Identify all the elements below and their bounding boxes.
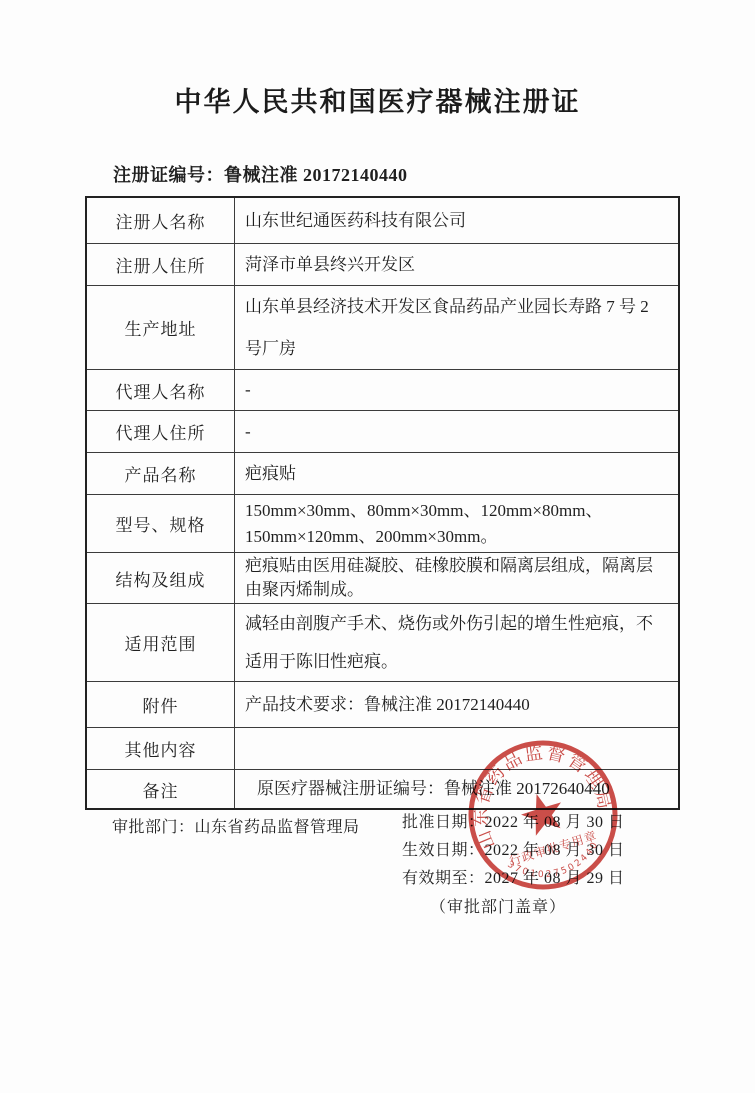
field-label: 其他内容 bbox=[87, 728, 235, 769]
field-value: - bbox=[235, 370, 678, 410]
field-value: 菏泽市单县终兴开发区 bbox=[235, 244, 678, 285]
field-value: 山东单县经济技术开发区食品药品产业园长寿路 7 号 2 号厂房 bbox=[235, 286, 678, 369]
approval-date: 批准日期：2022 年 08 月 30 日 bbox=[402, 814, 625, 832]
table-row: 适用范围 减轻由剖腹产手术、烧伤或外伤引起的增生性疤痕，不 适用于陈旧性疤痕。 bbox=[87, 603, 678, 681]
approval-department: 审批部门：山东省药品监督管理局 bbox=[112, 814, 360, 837]
valid-until-date: 有效期至：2027 年 08 月 29 日 bbox=[402, 870, 625, 888]
field-value: - bbox=[235, 411, 678, 452]
table-row: 代理人名称 - bbox=[87, 369, 678, 410]
table-row: 备注 原医疗器械注册证编号：鲁械注准 20172640440 bbox=[87, 769, 678, 808]
page-title: 中华人民共和国医疗器械注册证 bbox=[0, 80, 755, 119]
certificate-table: 注册人名称 山东世纪通医药科技有限公司 注册人住所 菏泽市单县终兴开发区 生产地… bbox=[85, 196, 680, 810]
field-value: 产品技术要求：鲁械注准 20172140440 bbox=[235, 682, 678, 727]
seal-caption: （审批部门盖章） bbox=[430, 894, 566, 917]
field-label: 型号、规格 bbox=[87, 495, 235, 552]
footer-dates: 批准日期：2022 年 08 月 30 日 生效日期：2022 年 08 月 3… bbox=[402, 814, 625, 898]
field-label: 产品名称 bbox=[87, 453, 235, 494]
field-value: 减轻由剖腹产手术、烧伤或外伤引起的增生性疤痕，不 适用于陈旧性疤痕。 bbox=[235, 604, 678, 681]
field-value: 疤痕贴由医用硅凝胶、硅橡胶膜和隔离层组成，隔离层 由聚丙烯制成。 bbox=[235, 553, 678, 603]
field-value: 原医疗器械注册证编号：鲁械注准 20172640440 bbox=[235, 770, 678, 808]
field-label: 适用范围 bbox=[87, 604, 235, 681]
table-row: 型号、规格 150mm×30mm、80mm×30mm、120mm×80mm、 1… bbox=[87, 494, 678, 552]
field-label: 备注 bbox=[87, 770, 235, 808]
field-value: 山东世纪通医药科技有限公司 bbox=[235, 198, 678, 243]
table-row: 生产地址 山东单县经济技术开发区食品药品产业园长寿路 7 号 2 号厂房 bbox=[87, 285, 678, 369]
table-row: 结构及组成 疤痕贴由医用硅凝胶、硅橡胶膜和隔离层组成，隔离层 由聚丙烯制成。 bbox=[87, 552, 678, 603]
table-row: 注册人名称 山东世纪通医药科技有限公司 bbox=[87, 198, 678, 243]
field-label: 附件 bbox=[87, 682, 235, 727]
field-label: 代理人住所 bbox=[87, 411, 235, 452]
field-label: 代理人名称 bbox=[87, 370, 235, 410]
field-label: 注册人住所 bbox=[87, 244, 235, 285]
effective-date: 生效日期：2022 年 08 月 30 日 bbox=[402, 842, 625, 860]
table-row: 附件 产品技术要求：鲁械注准 20172140440 bbox=[87, 681, 678, 727]
field-value: 疤痕贴 bbox=[235, 453, 678, 494]
table-row: 代理人住所 - bbox=[87, 410, 678, 452]
field-label: 生产地址 bbox=[87, 286, 235, 369]
registration-number: 注册证编号：鲁械注准 20172140440 bbox=[113, 161, 408, 187]
field-label: 注册人名称 bbox=[87, 198, 235, 243]
table-row: 产品名称 疤痕贴 bbox=[87, 452, 678, 494]
field-value bbox=[235, 728, 678, 769]
table-row: 其他内容 bbox=[87, 727, 678, 769]
table-row: 注册人住所 菏泽市单县终兴开发区 bbox=[87, 243, 678, 285]
field-value: 150mm×30mm、80mm×30mm、120mm×80mm、 150mm×1… bbox=[235, 495, 678, 552]
field-label: 结构及组成 bbox=[87, 553, 235, 603]
